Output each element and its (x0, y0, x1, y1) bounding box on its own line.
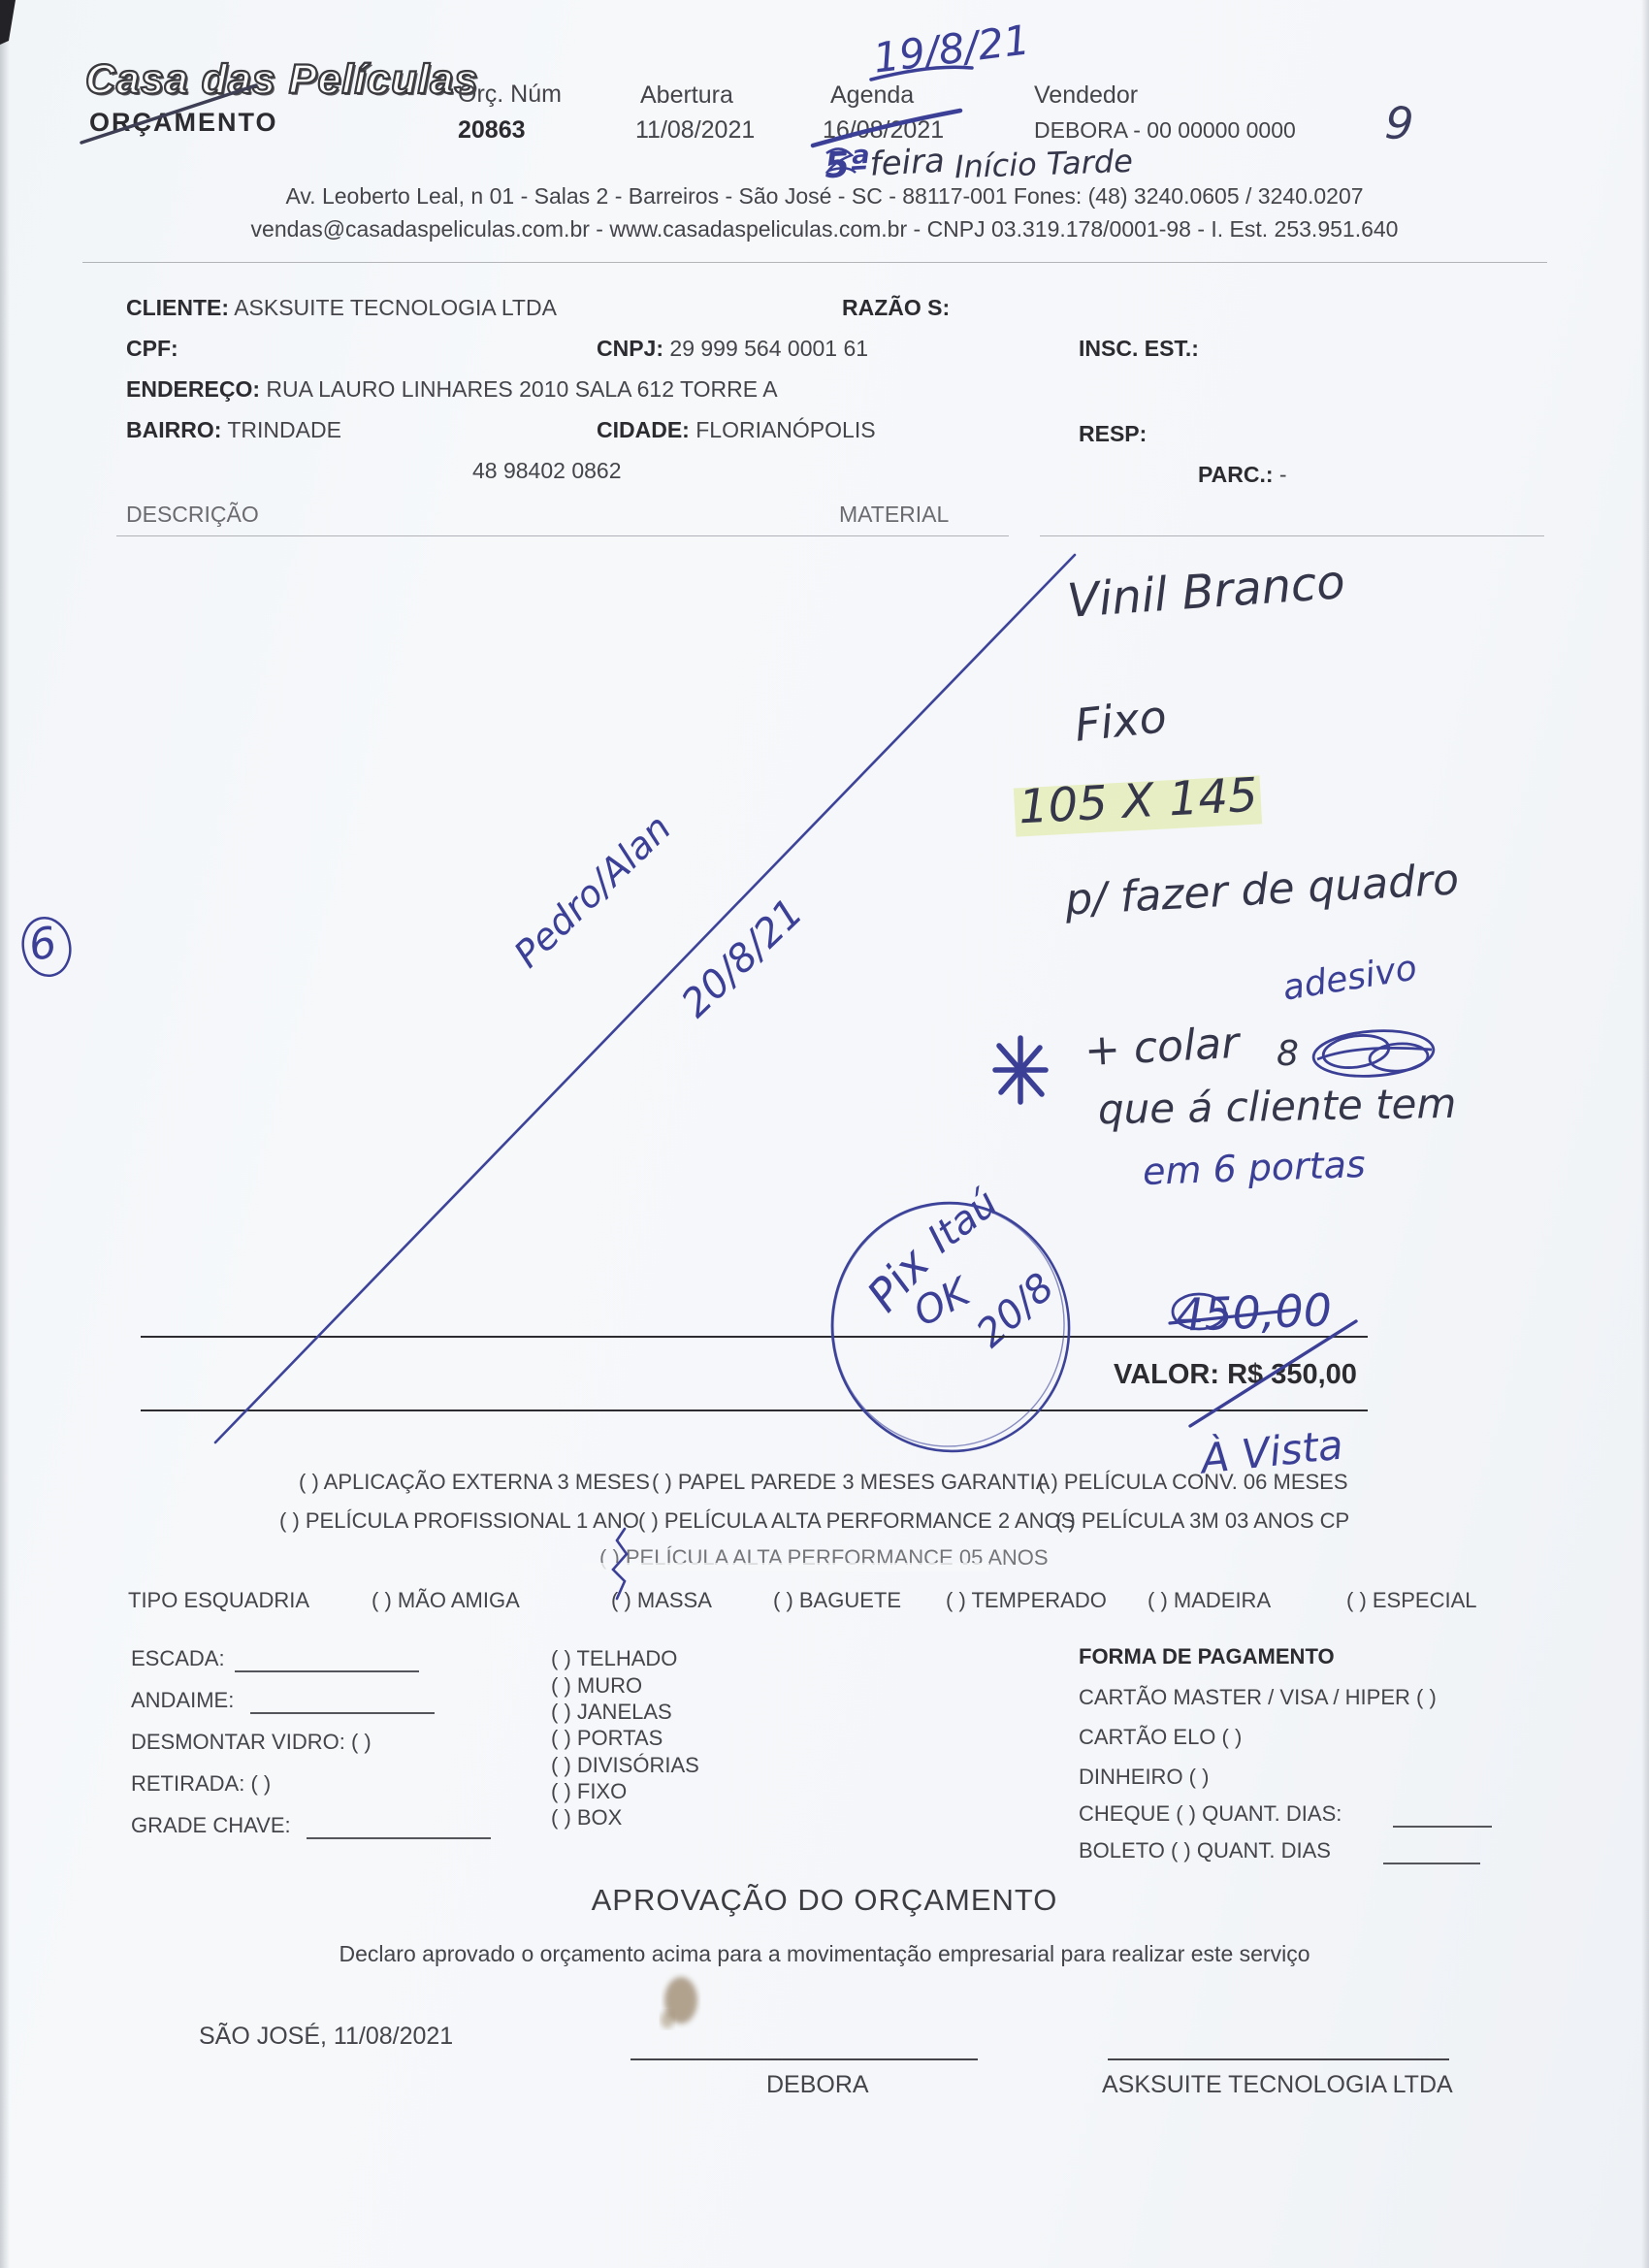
escada-blank-line (235, 1670, 419, 1672)
cidade-row: CIDADE: FLORIANÓPOLIS (597, 418, 876, 442)
company-logo: Casa das Películas (85, 56, 478, 104)
payment-option: DINHEIRO ( ) (1079, 1766, 1209, 1789)
boleto-days-blank-line (1383, 1863, 1480, 1864)
old-value-crossed: 450,00 (1175, 1283, 1333, 1342)
address-line-1: Av. Leoberto Leal, n 01 - Salas 2 - Barr… (285, 184, 1363, 209)
scanned-budget-document: Casa das Películas ORÇAMENTO Orç. Núm 20… (0, 0, 1649, 2268)
grade-chave-blank-line (307, 1837, 491, 1839)
warranty-option: ( ) APLICAÇÃO EXTERNA 3 MESES (299, 1471, 650, 1494)
material-underline (1040, 535, 1544, 536)
payment-option: BOLETO ( ) QUANT. DIAS (1079, 1839, 1331, 1863)
circle-note-date: 20/8 (968, 1265, 1063, 1356)
weekday-word: feira (869, 142, 946, 184)
approval-title: APROVAÇÃO DO ORÇAMENTO (592, 1884, 1058, 1917)
abertura-value: 11/08/2021 (635, 117, 755, 145)
valor-row: VALOR: R$ 350,00 (1114, 1360, 1357, 1391)
cnpj-value: 29 999 564 0001 61 (669, 336, 868, 361)
retirada-field: RETIRADA: ( ) (131, 1772, 271, 1796)
desmontar-vidro-field: DESMONTAR VIDRO: ( ) (131, 1731, 372, 1754)
weekday-number: 5ª (824, 143, 871, 186)
andaime-field: ANDAIME: (131, 1689, 234, 1712)
scan-edge-right (1641, 0, 1649, 2268)
diagonal-date-note: 20/8/21 (673, 891, 812, 1026)
grade-chave-field: GRADE CHAVE: (131, 1814, 291, 1837)
escada-field: ESCADA: (131, 1647, 225, 1670)
endereco-label: ENDEREÇO: (126, 376, 260, 402)
client-phone: 48 98402 0862 (472, 459, 622, 483)
note-portas: em 6 portas (1142, 1143, 1366, 1193)
parc-value: - (1279, 462, 1287, 487)
esquadria-option: ( ) ESPECIAL (1346, 1589, 1476, 1612)
parc-row: PARC.: - (1198, 463, 1287, 487)
endereco-row: ENDEREÇO: RUA LAURO LINHARES 2010 SALA 6… (126, 377, 778, 402)
abertura-label: Abertura (640, 82, 733, 110)
esquadria-option: ( ) BAGUETE (773, 1589, 901, 1612)
bairro-row: BAIRRO: TRINDADE (126, 418, 341, 442)
signature-line-vendor (630, 2058, 978, 2060)
material-note-vinil: Vinil Branco (1065, 555, 1346, 629)
andaime-blank-line (250, 1712, 435, 1714)
asterisk-mark (995, 1038, 1046, 1102)
note-colar: + colar (1083, 1019, 1241, 1076)
handwritten-weekday-note: 5ªfeira (824, 139, 946, 186)
valor-value: R$ 350,00 (1227, 1359, 1357, 1390)
payment-option: CARTÃO ELO ( ) (1079, 1726, 1242, 1749)
material-column-header: MATERIAL (839, 502, 949, 527)
cheque-days-blank-line (1393, 1826, 1492, 1828)
city-date: SÃO JOSÉ, 11/08/2021 (199, 2024, 453, 2051)
note-cliente-tem: que á cliente tem (1098, 1080, 1457, 1133)
payment-option: CARTÃO MASTER / VISA / HIPER ( ) (1079, 1686, 1437, 1709)
orc-num-label: Orç. Núm (458, 81, 562, 109)
razao-label: RAZÃO S: (842, 296, 950, 320)
cidade-value: FLORIANÓPOLIS (695, 417, 875, 442)
insc-est-label: INSC. EST.: (1079, 337, 1199, 361)
valor-label: VALOR: (1114, 1359, 1219, 1390)
esquadria-option: ( ) TEMPERADO (946, 1589, 1107, 1612)
total-rule-bottom (141, 1409, 1368, 1411)
cidade-label: CIDADE: (597, 417, 690, 442)
area-option: ( ) MURO (551, 1674, 642, 1698)
warranty-option: ( ) PELÍCULA ALTA PERFORMANCE 2 ANOS (638, 1509, 1075, 1533)
margin-mark: 6 (25, 918, 60, 971)
signature-name-client: ASKSUITE TECNOLOGIA LTDA (1102, 2072, 1453, 2099)
esquadria-label: TIPO ESQUADRIA (128, 1589, 309, 1612)
area-option: ( ) PORTAS (551, 1727, 663, 1750)
resp-label: RESP: (1079, 422, 1147, 446)
agenda-label: Agenda (830, 82, 914, 110)
bairro-value: TRINDADE (227, 417, 341, 442)
orc-num-value: 20863 (458, 117, 526, 145)
descricao-column-header: DESCRIÇÃO (126, 502, 259, 527)
esquadria-option: ( ) MÃO AMIGA (372, 1589, 520, 1612)
diagonal-names-note: Pedro/Alan (505, 806, 679, 976)
note-mark8: 8 (1277, 1034, 1299, 1074)
cnpj-row: CNPJ: 29 999 564 0001 61 (597, 337, 868, 361)
warranty-option: ( ) PELÍCULA PROFISSIONAL 1 ANO (279, 1509, 639, 1533)
cliente-label: CLIENTE: (126, 295, 229, 320)
area-option: ( ) BOX (551, 1806, 622, 1830)
payment-option: CHEQUE ( ) QUANT. DIAS: (1079, 1802, 1342, 1826)
area-option: ( ) FIXO (551, 1780, 627, 1803)
scribbled-word (1312, 1027, 1436, 1081)
handwritten-reschedule-date: 19/8/21 (871, 16, 1033, 81)
esquadria-option: ( ) MASSA (611, 1589, 712, 1612)
vendedor-value: DEBORA - 00 00000 0000 (1034, 118, 1296, 143)
parc-label: PARC.: (1198, 462, 1274, 487)
cliente-value: ASKSUITE TECNOLOGIA LTDA (234, 295, 557, 320)
material-note-fixo: Fixo (1072, 690, 1169, 752)
bairro-label: BAIRRO: (126, 417, 221, 442)
handwritten-corner-mark: 9 (1383, 96, 1415, 150)
cpf-label: CPF: (126, 337, 178, 361)
address-line-2: vendas@casadaspeliculas.com.br - www.cas… (251, 217, 1399, 242)
area-option: ( ) JANELAS (551, 1701, 672, 1724)
material-note-quadro: p/ fazer de quadro (1064, 855, 1460, 924)
scan-edge-left (0, 0, 10, 2268)
paper-stain-small (661, 2011, 674, 2028)
scan-cut-strip (582, 1563, 989, 1571)
warranty-option: ( ) PELÍCULA 3M 03 ANOS CP (1055, 1509, 1349, 1533)
area-option: ( ) TELHADO (551, 1647, 677, 1670)
esquadria-option: ( ) MADEIRA (1148, 1589, 1271, 1612)
endereco-value: RUA LAURO LINHARES 2010 SALA 612 TORRE A (266, 376, 777, 402)
descricao-underline (116, 535, 1009, 536)
paper-stain (664, 1977, 697, 2024)
cliente-row: CLIENTE: ASKSUITE TECNOLOGIA LTDA (126, 296, 557, 320)
circle-note-itau: Itaú (920, 1181, 1006, 1262)
header-divider-rule (82, 262, 1547, 263)
area-option: ( ) DIVISÓRIAS (551, 1754, 699, 1777)
handwritten-time-note: Início Tarde (954, 143, 1133, 185)
cnpj-label: CNPJ: (597, 336, 663, 361)
approval-declaration: Declaro aprovado o orçamento acima para … (339, 1942, 1310, 1966)
warranty-option: ( ) PAPEL PAREDE 3 MESES GARANTIA (652, 1471, 1050, 1494)
vendedor-label: Vendedor (1034, 82, 1138, 110)
warranty-option: ( ) PELÍCULA CONV. 06 MESES (1038, 1471, 1348, 1494)
payment-title: FORMA DE PAGAMENTO (1079, 1645, 1335, 1669)
note-adesivo-correction: adesivo (1280, 948, 1420, 1008)
signature-name-vendor: DEBORA (766, 2072, 869, 2099)
doc-type-title: ORÇAMENTO (89, 109, 278, 138)
signature-line-client (1108, 2058, 1449, 2060)
